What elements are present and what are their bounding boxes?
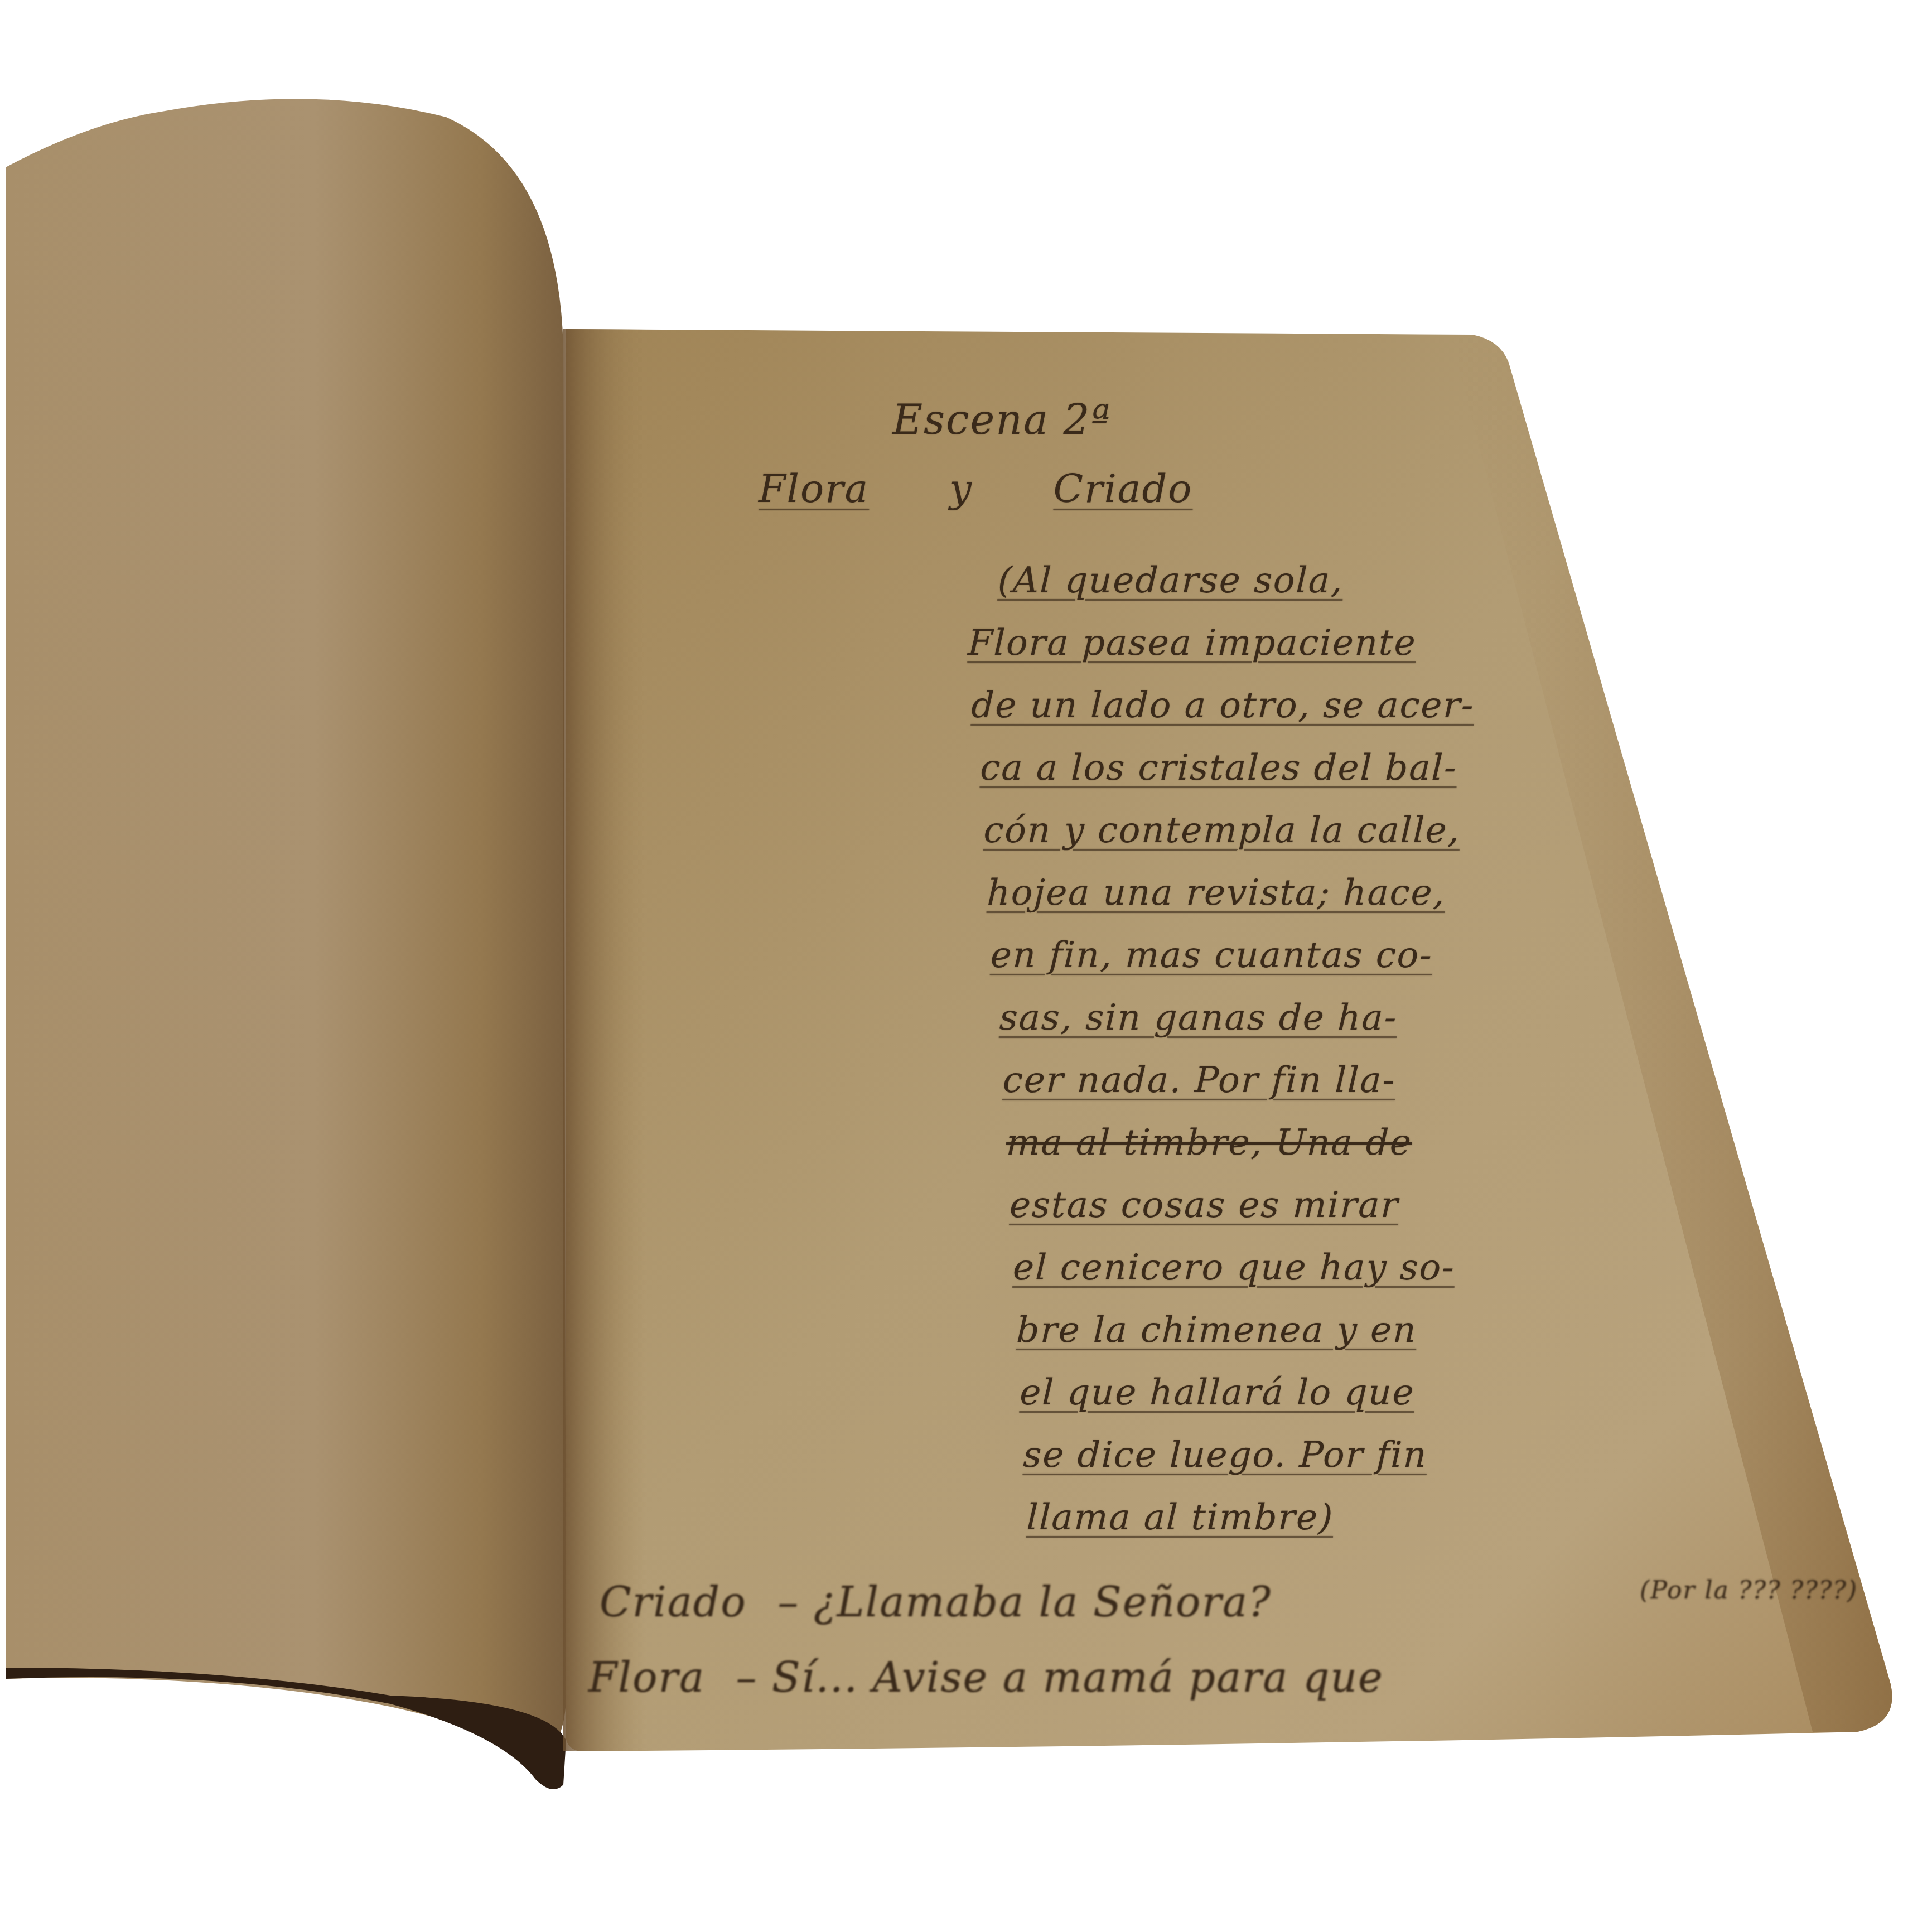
direction-line: de un lado a otro, se acer- <box>970 674 1476 737</box>
cast-first: Flora <box>759 466 869 511</box>
direction-line: el que hallará lo que <box>1019 1361 1452 1424</box>
left-page <box>6 99 566 1757</box>
cast-joiner: y <box>950 466 973 511</box>
dialogue-speaker: Flora <box>588 1654 705 1702</box>
dialogue-speaker: Criado <box>600 1578 747 1626</box>
dialogue-line: Criado – ¿Llamaba la Señora? <box>600 1578 1272 1626</box>
direction-line: cer nada. Por fin lla- <box>1002 1049 1462 1112</box>
direction-line: se dice luego. Por fin <box>1022 1424 1450 1486</box>
direction-line: Flora pasea impaciente <box>967 612 1477 674</box>
direction-line: hojea una revista; hace, <box>986 862 1469 924</box>
direction-line: estas cosas es mirar <box>1008 1174 1458 1237</box>
direction-line: (Al quedarse sola, <box>997 549 1480 612</box>
cast-second: Criado <box>1053 466 1192 511</box>
scene-heading: Escena 2ª <box>892 396 1112 444</box>
scene-cast: Flora y Criado <box>759 466 1192 511</box>
direction-line: sas, sin ganas de ha- <box>998 987 1465 1049</box>
dialogue-text: – ¿Llamaba la Señora? <box>777 1578 1272 1626</box>
notebook-photo: Escena 2ª Flora y Criado (Al quedarse so… <box>0 0 1932 1932</box>
dialogue-text: – Sí... Avise a mamá para que <box>736 1654 1384 1702</box>
direction-line: el cenicero que hay so- <box>1012 1237 1456 1299</box>
direction-line: cón y contempla la calle, <box>983 799 1471 862</box>
dialogue-line: Flora – Sí... Avise a mamá para que <box>588 1654 1384 1702</box>
direction-line-struck: ma al timbre, Una de <box>1005 1112 1460 1174</box>
direction-line: llama al timbre) <box>1026 1486 1447 1549</box>
dialogue-annotation: (Por la ??? ????) <box>1640 1578 1874 1603</box>
stage-direction: (Al quedarse sola, Flora pasea impacient… <box>931 549 1480 1549</box>
direction-line: ca a los cristales del bal- <box>979 737 1474 799</box>
direction-line: en fin, mas cuantas co- <box>989 924 1467 987</box>
direction-line: bre la chimenea y en <box>1015 1299 1453 1361</box>
